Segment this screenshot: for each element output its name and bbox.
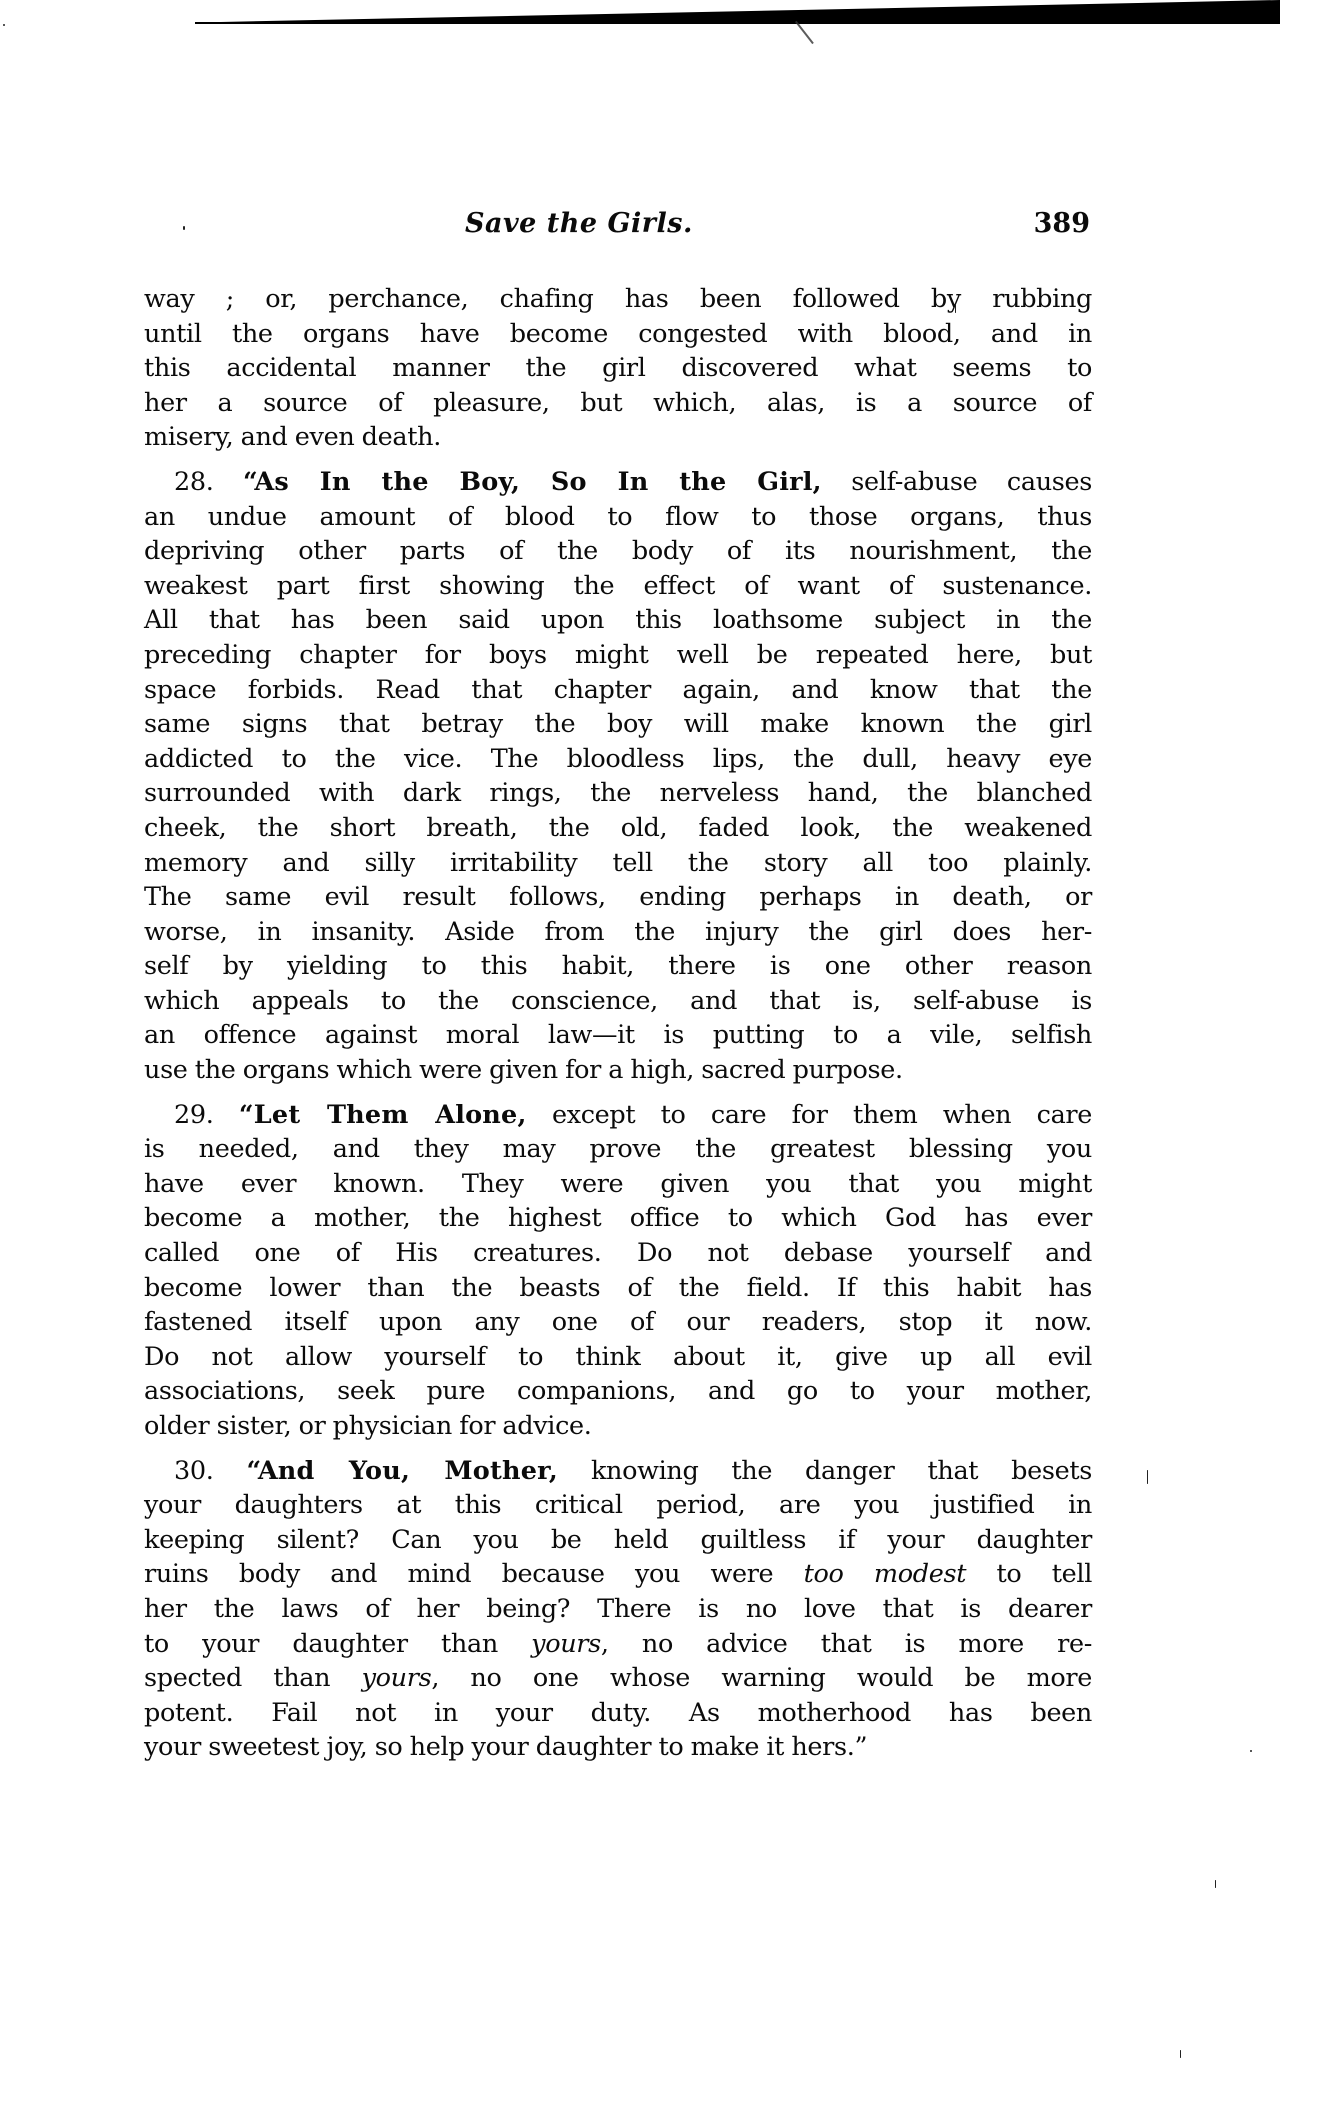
text-run: , no one whose warning would be more — [431, 1663, 1092, 1693]
scan-speck — [3, 24, 5, 26]
text-line: The same evil result follows, ending per… — [144, 880, 1092, 915]
scan-speck — [1180, 2050, 1181, 2058]
paragraph-number: 29. — [174, 1100, 214, 1130]
text-line: this accidental manner the girl discover… — [144, 351, 1092, 386]
italic-emphasis: yours — [531, 1629, 601, 1659]
text-line: All that has been said upon this loathso… — [144, 603, 1092, 638]
paragraph-continuation: way ; or, perchance, chafing has been fo… — [144, 282, 1092, 455]
text-line: have ever known. They were given you tha… — [144, 1167, 1092, 1202]
text-line: become a mother, the highest office to w… — [144, 1201, 1092, 1236]
text-line: weakest part first showing the effect of… — [144, 569, 1092, 604]
scan-speck — [1147, 1470, 1148, 1484]
text-line: same signs that betray the boy will make… — [144, 707, 1092, 742]
text-line: associations, seek pure companions, and … — [144, 1374, 1092, 1409]
text-run: to your daughter than — [144, 1629, 498, 1659]
scan-speck — [1215, 1880, 1216, 1888]
paragraph-lead-in: “As In the Boy, So In the Girl, — [243, 467, 822, 497]
text-run: spected than — [144, 1663, 330, 1693]
text-run: , no advice that is more re- — [601, 1629, 1092, 1659]
italic-emphasis: too modest — [804, 1559, 966, 1589]
text-line: until the organs have become congested w… — [144, 317, 1092, 352]
text-line: your sweetest joy, so help your daughter… — [144, 1730, 1092, 1765]
text-run: to tell — [996, 1559, 1092, 1589]
running-head: Save the Girls. 389 — [145, 208, 1090, 248]
text-line: which appeals to the conscience, and tha… — [144, 984, 1092, 1019]
text-line: an undue amount of blood to flow to thos… — [144, 500, 1092, 535]
text-line: keeping silent? Can you be held guiltles… — [144, 1523, 1092, 1558]
body-text: way ; or, perchance, chafing has been fo… — [144, 282, 1092, 1765]
text-line: spected than yours, no one whose warning… — [144, 1661, 1092, 1696]
text-line: cheek, the short breath, the old, faded … — [144, 811, 1092, 846]
text-line: misery, and even death. — [144, 420, 1092, 455]
running-title: Save the Girls. — [465, 208, 693, 239]
paragraph-heading-line: 30. “And You, Mother, knowing the danger… — [144, 1454, 1092, 1489]
paragraph-heading-line: 29. “Let Them Alone, except to care for … — [144, 1098, 1092, 1133]
page-edge-shadow — [215, 0, 1280, 24]
text-line: your daughters at this critical period, … — [144, 1488, 1092, 1523]
paragraph-28: 28. “As In the Boy, So In the Girl, self… — [144, 465, 1092, 1088]
text-line: an offence against moral law—it is putti… — [144, 1018, 1092, 1053]
text-line: surrounded with dark rings, the nerveles… — [144, 776, 1092, 811]
paragraph-lead-in: “Let Them Alone, — [239, 1100, 527, 1130]
text-line: is needed, and they may prove the greate… — [144, 1132, 1092, 1167]
paragraph-heading-line: 28. “As In the Boy, So In the Girl, self… — [144, 465, 1092, 500]
text-run: knowing the danger that besets — [591, 1456, 1092, 1486]
scan-speck — [1250, 1750, 1252, 1752]
text-line: Do not allow yourself to think about it,… — [144, 1340, 1092, 1375]
text-run: self-abuse causes — [851, 467, 1092, 497]
text-run: except to care for them when care — [552, 1100, 1092, 1130]
text-run: ruins body and mind because you were — [144, 1559, 773, 1589]
paragraph-number: 30. — [174, 1456, 214, 1486]
paragraph-30: 30. “And You, Mother, knowing the danger… — [144, 1454, 1092, 1765]
text-line: way ; or, perchance, chafing has been fo… — [144, 282, 1092, 317]
text-line: worse, in insanity. Aside from the injur… — [144, 915, 1092, 950]
text-line: preceding chapter for boys might well be… — [144, 638, 1092, 673]
paper-crease-mark — [795, 21, 814, 44]
text-line: to your daughter than yours, no advice t… — [144, 1627, 1092, 1662]
text-line: her a source of pleasure, but which, ala… — [144, 386, 1092, 421]
paragraph-lead-in: “And You, Mother, — [246, 1456, 558, 1486]
text-line: become lower than the beasts of the fiel… — [144, 1271, 1092, 1306]
paragraph-number: 28. — [174, 467, 214, 497]
text-line: self by yielding to this habit, there is… — [144, 949, 1092, 984]
page-number: 389 — [1034, 208, 1090, 239]
italic-emphasis: yours — [362, 1663, 432, 1693]
text-line: older sister, or physician for advice. — [144, 1409, 1092, 1444]
text-line: fastened itself upon any one of our read… — [144, 1305, 1092, 1340]
paragraph-29: 29. “Let Them Alone, except to care for … — [144, 1098, 1092, 1444]
text-line: use the organs which were given for a hi… — [144, 1053, 1092, 1088]
text-line: depriving other parts of the body of its… — [144, 534, 1092, 569]
text-line: potent. Fail not in your duty. As mother… — [144, 1696, 1092, 1731]
text-line: space forbids. Read that chapter again, … — [144, 673, 1092, 708]
text-line: ruins body and mind because you were too… — [144, 1557, 1092, 1592]
text-line: her the laws of her being? There is no l… — [144, 1592, 1092, 1627]
text-line: called one of His creatures. Do not deba… — [144, 1236, 1092, 1271]
page-edge-line — [195, 22, 1280, 24]
text-line: addicted to the vice. The bloodless lips… — [144, 742, 1092, 777]
text-line: memory and silly irritability tell the s… — [144, 846, 1092, 881]
